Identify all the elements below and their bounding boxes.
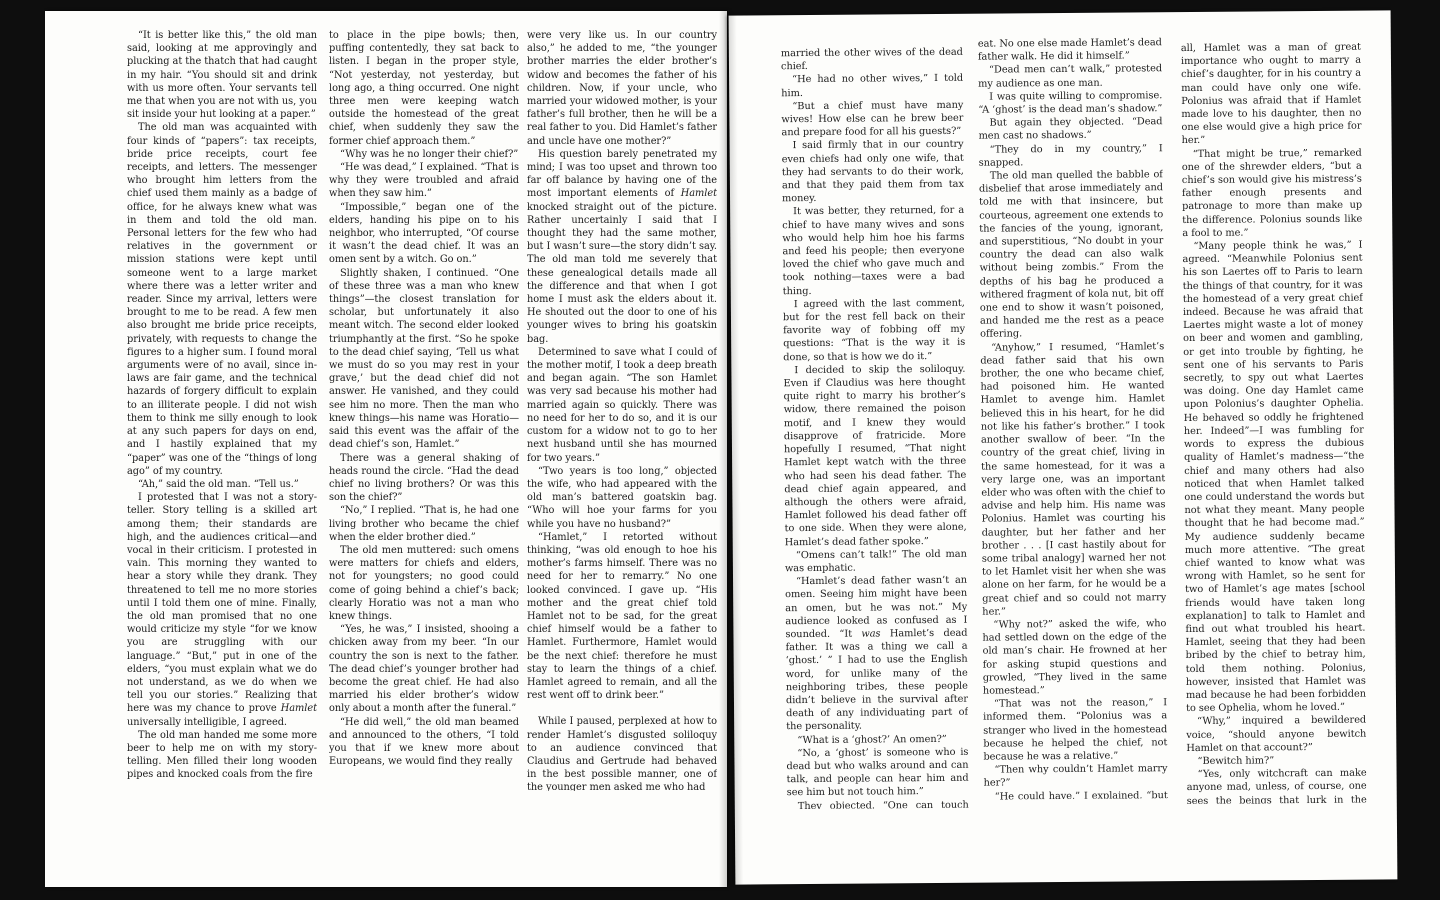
paragraph: “Ah,” said the old man. “Tell us.” bbox=[127, 478, 317, 491]
paragraph: “Why not?” asked the wife, who had settl… bbox=[982, 617, 1167, 698]
paragraph: His question barely penetrated my mind; … bbox=[527, 148, 717, 346]
paragraph: “Then why couldn’t Hamlet marry her?” bbox=[983, 762, 1167, 790]
paragraph: “That might be true,” remarked one of th… bbox=[1182, 146, 1363, 240]
paragraph: I said firmly that in our country even c… bbox=[782, 138, 965, 205]
paragraph: “Why,” inquired a bewildered voice, “sho… bbox=[1186, 714, 1366, 755]
paragraph: While I paused, perplexed at how to rend… bbox=[527, 715, 717, 791]
paragraph: were very like us. In our country also,”… bbox=[527, 29, 717, 148]
paragraph: They objected. “One can touch zombis.” bbox=[787, 798, 969, 809]
paragraph: “Many people think he was,” I agreed. “M… bbox=[1182, 239, 1366, 716]
paragraph: “They do in my country,” I snapped. bbox=[979, 142, 1163, 170]
paragraph: “Impossible,” began one of the elders, h… bbox=[329, 201, 519, 267]
right-page-column-1: married the other wives of the dead chie… bbox=[781, 46, 969, 809]
paragraph: “It is better like this,” the old man sa… bbox=[127, 29, 317, 121]
paragraph: “No, a ‘ghost’ is someone who is dead bu… bbox=[786, 746, 968, 800]
paragraph: I agreed with the last comment, but for … bbox=[783, 297, 966, 364]
paragraph: to place in the pipe bowls; then, puffin… bbox=[329, 29, 519, 148]
left-page-column-1: “It is better like this,” the old man sa… bbox=[127, 29, 317, 791]
paragraph: “He was dead,” I explained. “That is why… bbox=[329, 161, 519, 201]
paragraph: Slightly shaken, I continued. “One of th… bbox=[329, 267, 519, 452]
paragraph: The old man quelled the babble of disbel… bbox=[979, 168, 1164, 341]
paragraph: The old man handed me some more beer to … bbox=[127, 729, 317, 782]
paragraph: “He had no other wives,” I told him. bbox=[781, 72, 963, 100]
paragraph: “Hamlet,” I retorted without thinking, “… bbox=[527, 531, 717, 703]
book-spread: “It is better like this,” the old man sa… bbox=[0, 0, 1440, 900]
paragraph: “But a chief must have many wives! How e… bbox=[781, 99, 963, 140]
paragraph: There was a general shaking of heads rou… bbox=[329, 452, 519, 505]
paragraph: “Hamlet’s dead father wasn’t an omen. Se… bbox=[785, 574, 968, 734]
paragraph: “Two years is too long,” objected the wi… bbox=[527, 465, 717, 531]
paragraph: “Why was he no longer their chief?” bbox=[329, 148, 519, 161]
paragraph: “No,” I replied. “That is, he had one li… bbox=[329, 504, 519, 544]
left-page-column-3: were very like us. In our country also,”… bbox=[527, 29, 717, 791]
paragraph: Determined to save what I could of the m… bbox=[527, 346, 717, 465]
right-page-column-2: eat. No one else made Hamlet’s dead fath… bbox=[978, 36, 1168, 799]
right-page: married the other wives of the dead chie… bbox=[729, 10, 1398, 884]
paragraph: “Yes, only witchcraft can make anyone ma… bbox=[1187, 767, 1367, 804]
left-page-column-2: to place in the pipe bowls; then, puffin… bbox=[329, 29, 519, 791]
paragraph: “Omens can’t talk!” The old man was emph… bbox=[785, 547, 967, 575]
paragraph: “He did well,” the old man beamed and an… bbox=[329, 716, 519, 769]
paragraph: I decided to skip the soliloquy. Even if… bbox=[783, 363, 966, 549]
paragraph: But again they objected. “Dead men cast … bbox=[978, 115, 1162, 143]
paragraph: It was better, they returned, for a chie… bbox=[782, 204, 965, 298]
right-page-column-3: all, Hamlet was a man of great importanc… bbox=[1181, 41, 1367, 804]
paragraph: eat. No one else made Hamlet’s dead fath… bbox=[978, 36, 1162, 64]
paragraph: I was quite willing to compromise. “A ‘g… bbox=[978, 89, 1162, 117]
paragraph: The old man was acquainted with four kin… bbox=[127, 121, 317, 477]
paragraph: “He could have,” I explained, “but Polon… bbox=[984, 789, 1168, 800]
paragraph: “Yes, he was,” I insisted, shooing a chi… bbox=[329, 623, 519, 715]
paragraph: “That was not the reason,” I informed th… bbox=[983, 696, 1168, 763]
paragraph: “What is a ‘ghost?’ An omen?” bbox=[786, 732, 968, 747]
paragraph: I protested that I was not a story-telle… bbox=[127, 491, 317, 729]
paragraph: married the other wives of the dead chie… bbox=[781, 46, 963, 74]
paragraph: all, Hamlet was a man of great importanc… bbox=[1181, 41, 1362, 148]
paragraph: “Anyhow,” I resumed, “Hamlet’s dead fath… bbox=[980, 340, 1166, 619]
paragraph: The old men muttered: such omens were ma… bbox=[329, 544, 519, 623]
left-page: “It is better like this,” the old man sa… bbox=[45, 11, 727, 887]
paragraph: “Dead men can’t walk,” protested my audi… bbox=[978, 63, 1162, 91]
